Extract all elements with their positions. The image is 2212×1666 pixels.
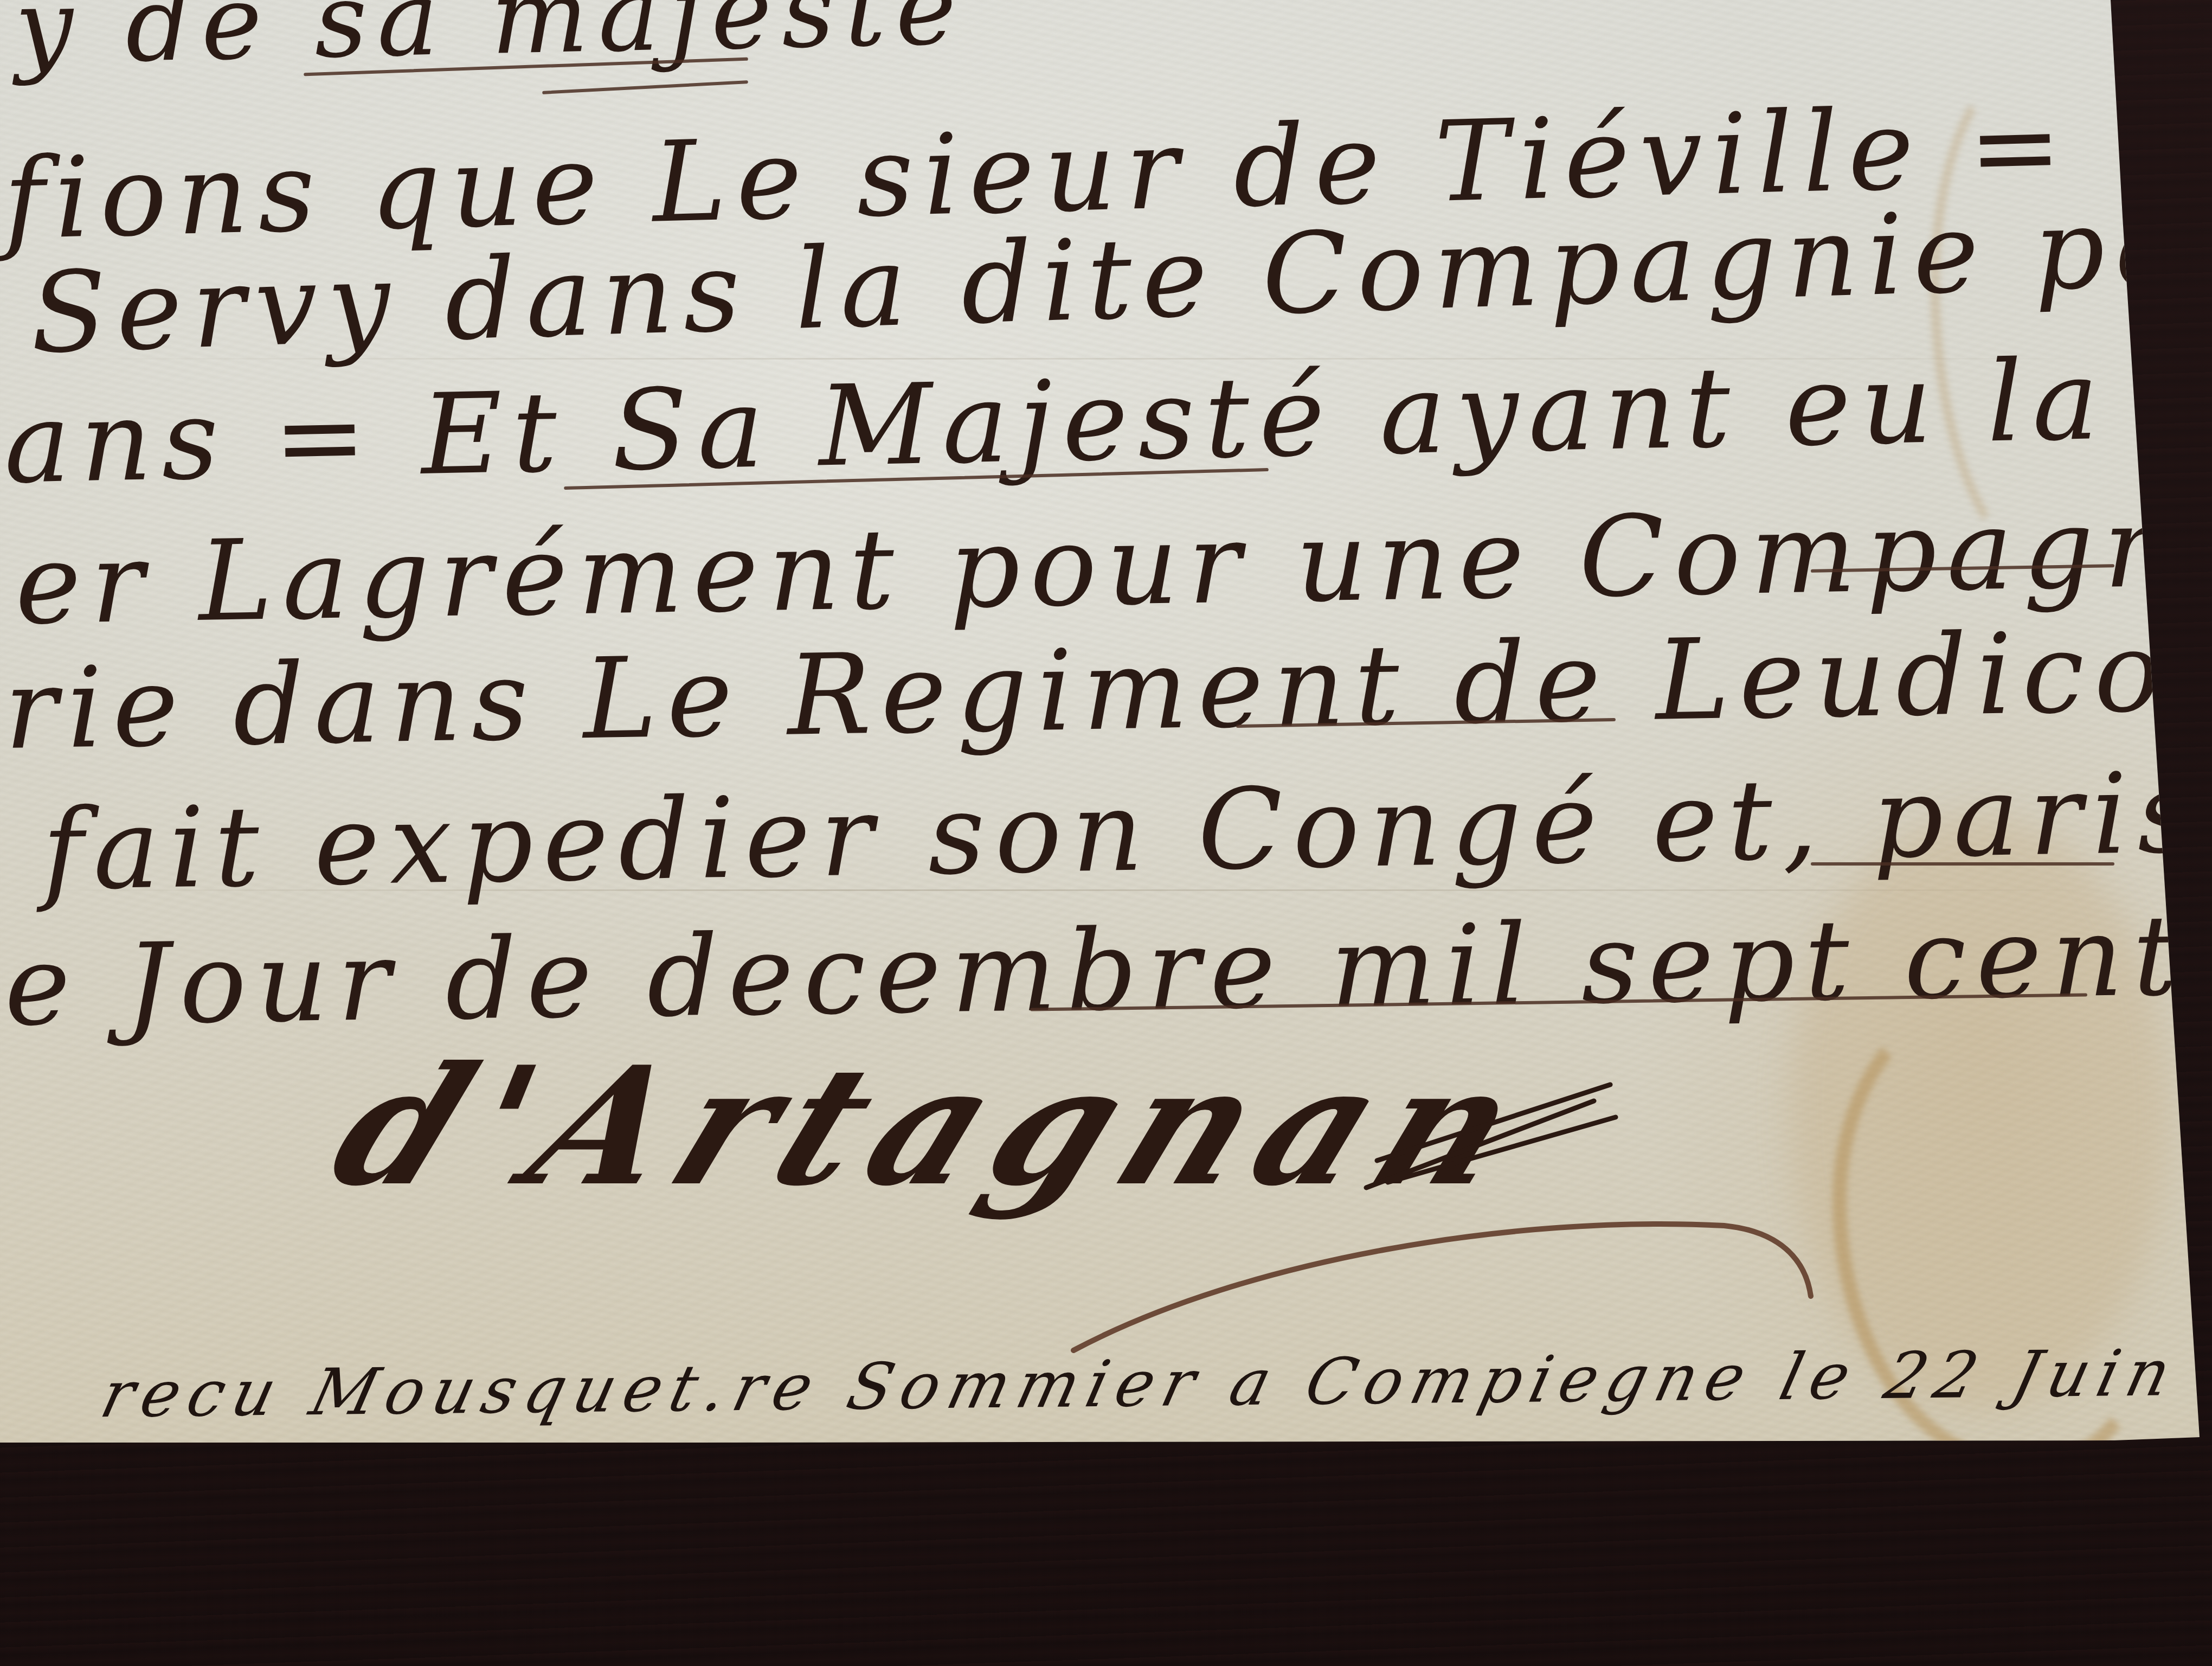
manuscript-paper: y de sa majesté fions que Le sieur de Ti… bbox=[0, 0, 2212, 1443]
line-filler-stroke bbox=[1811, 862, 2114, 866]
signature-flourish bbox=[1030, 1193, 1898, 1356]
signature-paraph bbox=[1355, 1079, 1626, 1199]
